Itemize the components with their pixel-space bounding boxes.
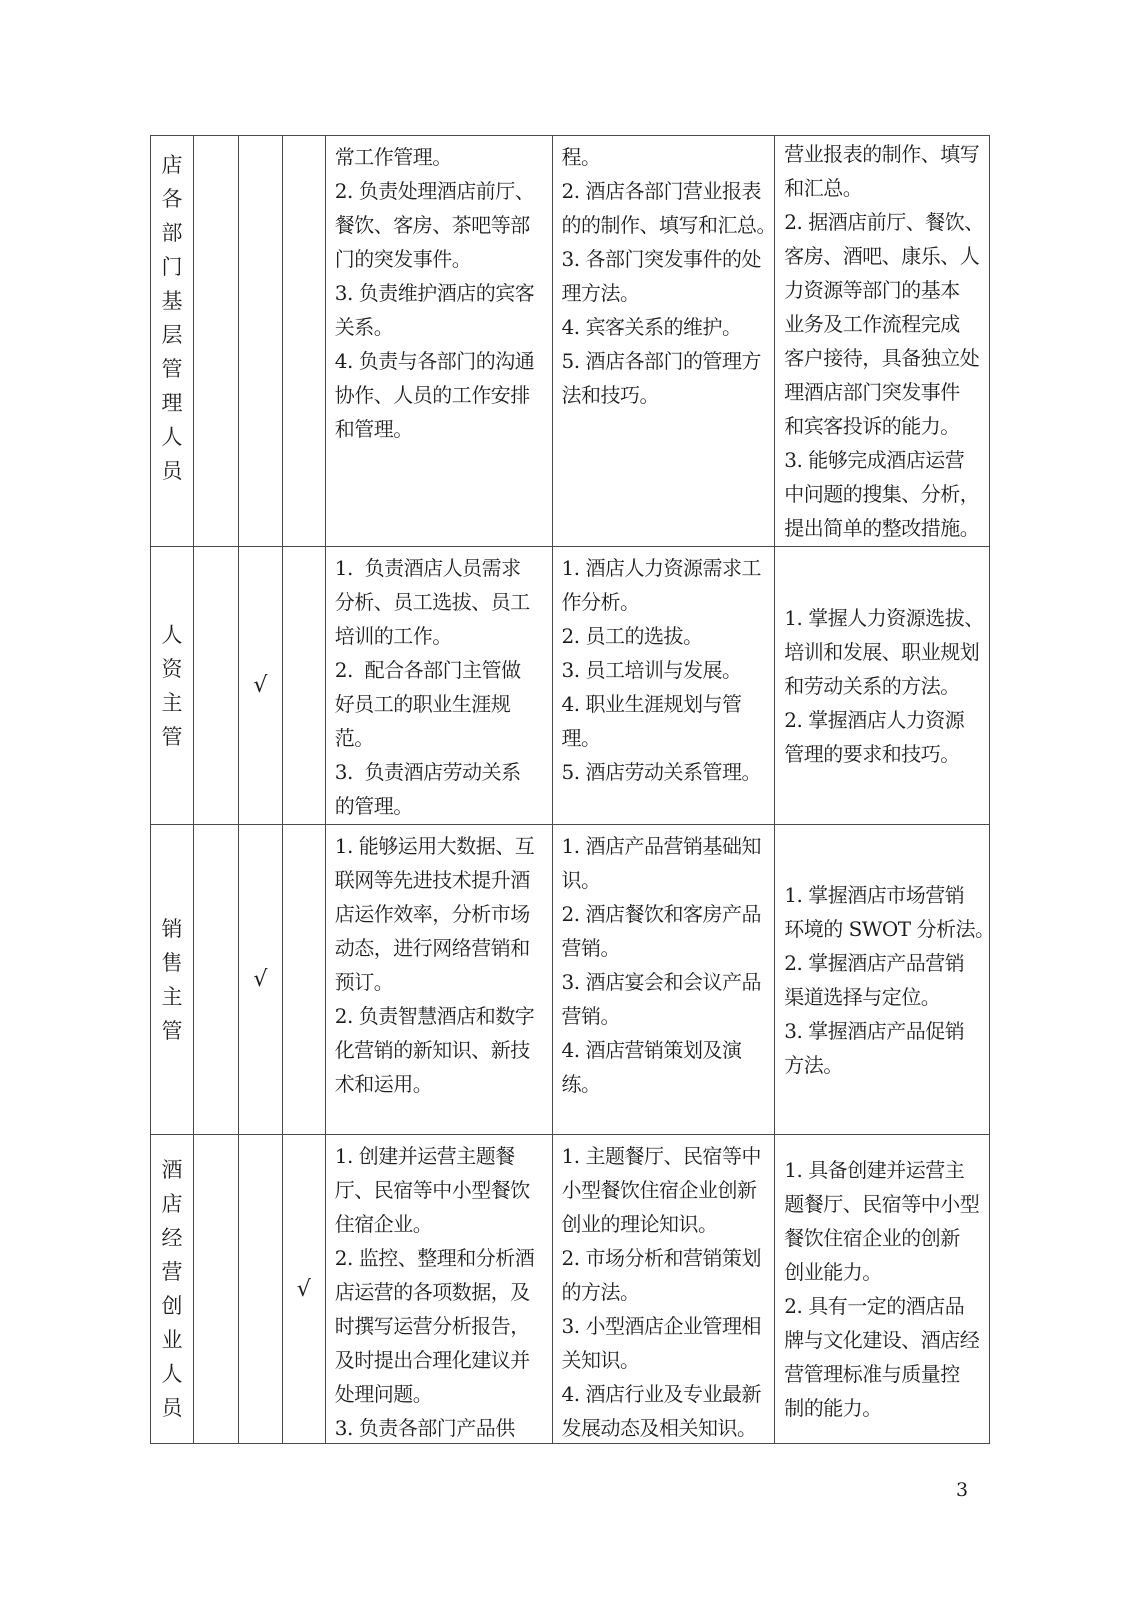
text-line: 管理的要求和技巧。: [784, 737, 986, 771]
check-cell: [194, 1135, 239, 1444]
check-cell: √: [239, 547, 283, 825]
position-char: 管: [161, 720, 182, 754]
check-cell: [239, 136, 283, 547]
position-char: 售: [161, 946, 182, 980]
text-line: 方法。: [784, 1048, 986, 1082]
abilities-cell: 营业报表的制作、填写和汇总。2. 据酒店前厅、餐饮、客房、酒吧、康乐、人力资源等…: [775, 136, 990, 547]
text-line: 理酒店部门突发事件: [784, 375, 986, 409]
text-line: 客房、酒吧、康乐、人: [784, 239, 986, 273]
text-line: 4. 负责与各部门的沟通: [335, 344, 549, 378]
text-line: 营业报表的制作、填写: [784, 137, 986, 171]
text-line: 营管理标准与质量控: [784, 1357, 986, 1391]
checkmark: √: [253, 967, 267, 992]
text-line: 4. 酒店行业及专业最新: [562, 1377, 772, 1411]
text-line: 关知识。: [562, 1343, 772, 1377]
text-line: 2. 掌握酒店产品营销: [784, 946, 986, 980]
text-line: 渠道选择与定位。: [784, 980, 986, 1014]
check-cell: [194, 825, 239, 1135]
check-cell: [283, 136, 326, 547]
text-line: 常工作管理。: [335, 140, 549, 174]
job-positions-table: 店各部门基层管理人员常工作管理。2. 负责处理酒店前厅、餐饮、客房、茶吧等部门的…: [150, 135, 990, 1444]
text-line: 小型餐饮住宿企业创新: [562, 1173, 772, 1207]
text-line: 1. 能够运用大数据、互: [335, 829, 549, 863]
text-line: 和劳动关系的方法。: [784, 669, 986, 703]
tasks-cell: 1. 创建并运营主题餐厅、民宿等中小型餐饮住宿企业。2. 监控、整理和分析酒店运…: [326, 1135, 553, 1444]
text-line: 和汇总。: [784, 171, 986, 205]
page-number: 3: [956, 1479, 968, 1501]
text-line: 识。: [562, 863, 772, 897]
text-line: 2. 掌握酒店人力资源: [784, 703, 986, 737]
abilities-cell: 1. 掌握人力资源选拔、培训和发展、职业规划和劳动关系的方法。2. 掌握酒店人力…: [775, 547, 990, 825]
text-line: 3. 负责酒店劳动关系: [335, 755, 549, 789]
position-char: 员: [161, 1391, 182, 1425]
position-char: 部: [161, 216, 182, 250]
tasks-cell: 1. 负责酒店人员需求分析、员工选拔、员工培训的工作。2. 配合各部门主管做好员…: [326, 547, 553, 825]
text-line: 门的突发事件。: [335, 242, 549, 276]
position-char: 资: [161, 652, 182, 686]
text-line: 2. 员工的选拔。: [562, 619, 772, 653]
text-line: 营销。: [562, 931, 772, 965]
text-line: 3. 员工培训与发展。: [562, 653, 772, 687]
check-cell: [283, 547, 326, 825]
position-cell: 人资主管: [151, 547, 194, 825]
text-line: 的方法。: [562, 1275, 772, 1309]
position-char: 各: [161, 182, 182, 216]
text-line: 4. 职业生涯规划与管: [562, 687, 772, 721]
text-line: 住宿企业。: [335, 1207, 549, 1241]
text-line: 理。: [562, 721, 772, 755]
text-line: 厅、民宿等中小型餐饮: [335, 1173, 549, 1207]
position-char: 主: [161, 686, 182, 720]
text-line: 1. 具备创建并运营主: [784, 1153, 986, 1187]
position-char: 经: [161, 1221, 182, 1255]
abilities-cell: 1. 掌握酒店市场营销环境的 SWOT 分析法。2. 掌握酒店产品营销渠道选择与…: [775, 825, 990, 1135]
document-page: 店各部门基层管理人员常工作管理。2. 负责处理酒店前厅、餐饮、客房、茶吧等部门的…: [0, 0, 1131, 1600]
abilities-cell: 1. 具备创建并运营主题餐厅、民宿等中小型餐饮住宿企业的创新创业能力。2. 具有…: [775, 1135, 990, 1444]
knowledge-cell: 程。2. 酒店各部门营业报表的的制作、填写和汇总。3. 各部门突发事件的处理方法…: [553, 136, 776, 547]
text-line: 化营销的新知识、新技: [335, 1033, 549, 1067]
text-line: 店运作效率，分析市场: [335, 897, 549, 931]
position-cell: 酒店经营创业人员: [151, 1135, 194, 1444]
position-char: 创: [161, 1289, 182, 1323]
text-line: 客户接待，具备独立处: [784, 341, 986, 375]
text-line: 程。: [562, 140, 772, 174]
text-line: 营销。: [562, 999, 772, 1033]
text-line: 练。: [562, 1067, 772, 1101]
position-char: 层: [161, 318, 182, 352]
text-line: 分析、员工选拔、员工: [335, 585, 549, 619]
check-cell: [239, 1135, 283, 1444]
text-line: 餐饮住宿企业的创新: [784, 1221, 986, 1255]
text-line: 及时提出合理化建议并: [335, 1343, 549, 1377]
checkmark: √: [297, 1277, 311, 1302]
text-line: 题餐厅、民宿等中小型: [784, 1187, 986, 1221]
text-line: 3. 掌握酒店产品促销: [784, 1014, 986, 1048]
check-cell: √: [283, 1135, 326, 1444]
tasks-cell: 1. 能够运用大数据、互联网等先进技术提升酒店运作效率，分析市场动态，进行网络营…: [326, 825, 553, 1135]
text-line: 3. 小型酒店企业管理相: [562, 1309, 772, 1343]
text-line: 1. 主题餐厅、民宿等中: [562, 1139, 772, 1173]
text-line: 1. 掌握人力资源选拔、: [784, 601, 986, 635]
position-char: 主: [161, 980, 182, 1014]
table-row: 店各部门基层管理人员常工作管理。2. 负责处理酒店前厅、餐饮、客房、茶吧等部门的…: [151, 136, 990, 547]
position-char: 人: [161, 618, 182, 652]
text-line: 2. 酒店各部门营业报表: [562, 174, 772, 208]
text-line: 1. 掌握酒店市场营销: [784, 878, 986, 912]
check-cell: √: [239, 825, 283, 1135]
text-line: 预订。: [335, 965, 549, 999]
text-line: 创业能力。: [784, 1255, 986, 1289]
text-line: 的的制作、填写和汇总。: [562, 208, 772, 242]
knowledge-cell: 1. 酒店产品营销基础知识。2. 酒店餐饮和客房产品营销。3. 酒店宴会和会议产…: [553, 825, 776, 1135]
text-line: 2. 负责智慧酒店和数字: [335, 999, 549, 1033]
check-cell: [194, 136, 239, 547]
check-cell: [194, 547, 239, 825]
position-char: 营: [161, 1255, 182, 1289]
position-char: 管: [161, 1014, 182, 1048]
text-line: 关系。: [335, 310, 549, 344]
text-line: 作分析。: [562, 585, 772, 619]
text-line: 法和技巧。: [562, 378, 772, 412]
text-line: 3. 各部门突发事件的处: [562, 242, 772, 276]
text-line: 创业的理论知识。: [562, 1207, 772, 1241]
text-line: 1. 负责酒店人员需求: [335, 551, 549, 585]
text-line: 业务及工作流程完成: [784, 307, 986, 341]
text-line: 和管理。: [335, 412, 549, 446]
table-row: 酒店经营创业人员√1. 创建并运营主题餐厅、民宿等中小型餐饮住宿企业。2. 监控…: [151, 1135, 990, 1444]
text-line: 1. 酒店产品营销基础知: [562, 829, 772, 863]
position-char: 业: [161, 1323, 182, 1357]
text-line: 2. 具有一定的酒店品: [784, 1289, 986, 1323]
position-cell: 销售主管: [151, 825, 194, 1135]
text-line: 5. 酒店各部门的管理方: [562, 344, 772, 378]
text-line: 3. 负责维护酒店的宾客: [335, 276, 549, 310]
text-line: 2. 负责处理酒店前厅、: [335, 174, 549, 208]
position-char: 酒: [161, 1153, 182, 1187]
text-line: 2. 配合各部门主管做: [335, 653, 549, 687]
text-line: 处理问题。: [335, 1377, 549, 1411]
text-line: 和宾客投诉的能力。: [784, 409, 986, 443]
tasks-cell: 常工作管理。2. 负责处理酒店前厅、餐饮、客房、茶吧等部门的突发事件。3. 负责…: [326, 136, 553, 547]
checkmark: √: [253, 673, 267, 698]
text-line: 环境的 SWOT 分析法。: [784, 912, 986, 946]
text-line: 协作、人员的工作安排: [335, 378, 549, 412]
position-char: 店: [161, 1187, 182, 1221]
position-char: 门: [161, 250, 182, 284]
text-line: 理方法。: [562, 276, 772, 310]
position-char: 人: [161, 420, 182, 454]
text-line: 范。: [335, 721, 549, 755]
text-line: 1. 酒店人力资源需求工: [562, 551, 772, 585]
text-line: 1. 创建并运营主题餐: [335, 1139, 549, 1173]
text-line: 2. 酒店餐饮和客房产品: [562, 897, 772, 931]
position-char: 店: [161, 148, 182, 182]
text-line: 联网等先进技术提升酒: [335, 863, 549, 897]
position-char: 销: [161, 912, 182, 946]
text-line: 培训的工作。: [335, 619, 549, 653]
text-line: 店运营的各项数据，及: [335, 1275, 549, 1309]
text-line: 餐饮、客房、茶吧等部: [335, 208, 549, 242]
position-char: 基: [161, 284, 182, 318]
knowledge-cell: 1. 主题餐厅、民宿等中小型餐饮住宿企业创新创业的理论知识。2. 市场分析和营销…: [553, 1135, 776, 1444]
text-line: 3. 酒店宴会和会议产品: [562, 965, 772, 999]
text-line: 时撰写运营分析报告，: [335, 1309, 549, 1343]
text-line: 4. 宾客关系的维护。: [562, 310, 772, 344]
text-line: 3. 负责各部门产品供: [335, 1411, 549, 1444]
text-line: 发展动态及相关知识。: [562, 1411, 772, 1444]
position-char: 员: [161, 454, 182, 488]
text-line: 提出简单的整改措施。: [784, 511, 986, 545]
position-char: 管: [161, 352, 182, 386]
text-line: 术和运用。: [335, 1067, 549, 1101]
table-row: 销售主管√1. 能够运用大数据、互联网等先进技术提升酒店运作效率，分析市场动态，…: [151, 825, 990, 1135]
text-line: 培训和发展、职业规划: [784, 635, 986, 669]
text-line: 制的能力。: [784, 1391, 986, 1425]
text-line: 好员工的职业生涯规: [335, 687, 549, 721]
text-line: 的管理。: [335, 789, 549, 823]
knowledge-cell: 1. 酒店人力资源需求工作分析。2. 员工的选拔。3. 员工培训与发展。4. 职…: [553, 547, 776, 825]
text-line: 4. 酒店营销策划及演: [562, 1033, 772, 1067]
text-line: 动态，进行网络营销和: [335, 931, 549, 965]
position-char: 理: [161, 386, 182, 420]
text-line: 牌与文化建设、酒店经: [784, 1323, 986, 1357]
check-cell: [283, 825, 326, 1135]
text-line: 2. 据酒店前厅、餐饮、: [784, 205, 986, 239]
position-cell: 店各部门基层管理人员: [151, 136, 194, 547]
text-line: 2. 监控、整理和分析酒: [335, 1241, 549, 1275]
position-char: 人: [161, 1357, 182, 1391]
text-line: 5. 酒店劳动关系管理。: [562, 755, 772, 789]
text-line: 力资源等部门的基本: [784, 273, 986, 307]
text-line: 中问题的搜集、分析，: [784, 477, 986, 511]
text-line: 3. 能够完成酒店运营: [784, 443, 986, 477]
table-row: 人资主管√1. 负责酒店人员需求分析、员工选拔、员工培训的工作。2. 配合各部门…: [151, 547, 990, 825]
text-line: 2. 市场分析和营销策划: [562, 1241, 772, 1275]
